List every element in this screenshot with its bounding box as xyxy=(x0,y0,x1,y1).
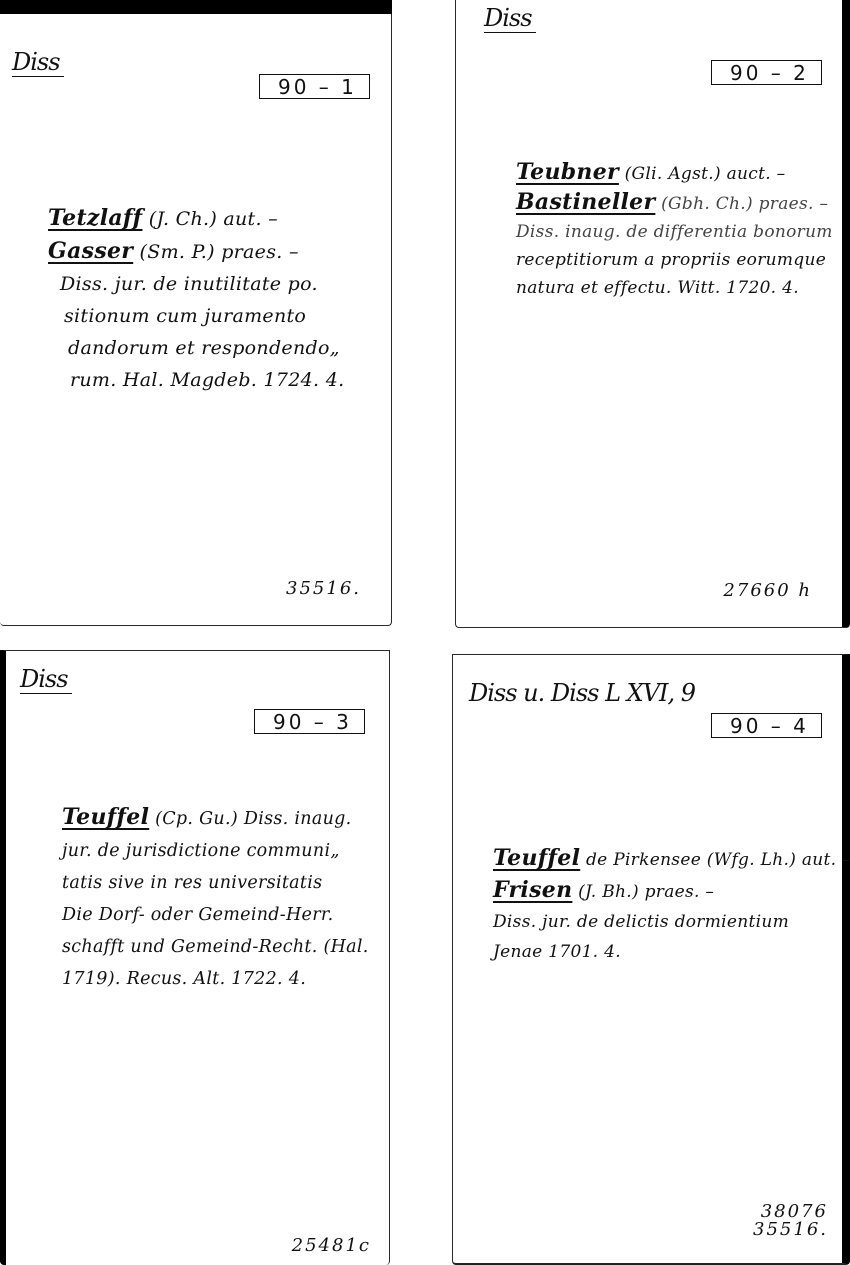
entry-line: Diss. inaug. de differentia bonorum xyxy=(516,218,833,246)
entry-line: tatis sive in res universitatis xyxy=(62,867,369,899)
catalog-entry: Teubner (Gli. Agst.) auct. – Bastineller… xyxy=(516,158,833,302)
entry-line: rum. Hal. Magdeb. 1724. 4. xyxy=(48,364,344,396)
entry-line: Die Dorf- oder Gemeind-Herr. xyxy=(62,899,369,931)
entry-line: Frisen (J. Bh.) praes. – xyxy=(493,875,850,907)
entry-line: schafft und Gemeind-Recht. (Hal. xyxy=(62,931,369,963)
call-number: 90 – 1 xyxy=(259,74,370,99)
catalog-card-90-3: Diss 90 – 3 Teuffel (Cp. Gu.) Diss. inau… xyxy=(0,650,390,1265)
entry-line: Gasser (Sm. P.) praes. – xyxy=(48,235,344,268)
entry-line: jur. de jurisdictione communi„ xyxy=(62,835,369,867)
catalog-card-90-4: Diss u. Diss L XVI, 9 90 – 4 Teuffel de … xyxy=(452,654,850,1265)
entry-line: 1719). Recus. Alt. 1722. 4. xyxy=(62,963,369,995)
entry-line: Diss. jur. de inutilitate po. xyxy=(48,268,344,300)
call-number: 90 – 4 xyxy=(711,713,822,738)
call-number: 90 – 3 xyxy=(254,709,365,734)
dissertation-tag: Diss u. Diss L XVI, 9 xyxy=(469,681,699,707)
entry-line: Tetzlaff (J. Ch.) aut. – xyxy=(48,202,344,235)
accession-number: 35516. xyxy=(286,580,361,598)
entry-line: Diss. jur. de delictis dormientium xyxy=(493,907,850,937)
dissertation-tag: Diss xyxy=(20,667,72,694)
scan-edge-bar xyxy=(0,0,392,14)
entry-line: Jenae 1701. 4. xyxy=(493,937,850,967)
catalog-card-90-1: Diss 90 – 1 Tetzlaff (J. Ch.) aut. – Gas… xyxy=(0,14,392,626)
entry-line: receptitiorum a propriis eorumque xyxy=(516,246,833,274)
catalog-entry: Teuffel de Pirkensee (Wfg. Lh.) aut. – F… xyxy=(493,843,850,967)
entry-line: Teuffel (Cp. Gu.) Diss. inaug. xyxy=(62,801,369,835)
dissertation-tag: Diss xyxy=(12,50,64,77)
dissertation-tag: Diss xyxy=(484,6,536,33)
accession-number: 38076 35516. xyxy=(753,1203,828,1239)
catalog-card-90-2: Diss 90 – 2 Teubner (Gli. Agst.) auct. –… xyxy=(455,0,850,628)
call-number: 90 – 2 xyxy=(711,60,822,85)
entry-line: sitionum cum juramento xyxy=(48,300,344,332)
entry-line: Teuffel de Pirkensee (Wfg. Lh.) aut. – xyxy=(493,843,850,875)
entry-line: Teubner (Gli. Agst.) auct. – xyxy=(516,158,833,188)
entry-line: dandorum et respondendo„ xyxy=(48,332,344,364)
entry-line: Bastineller (Gbh. Ch.) praes. – xyxy=(516,188,833,218)
accession-number: 25481c xyxy=(292,1237,371,1255)
entry-line: natura et effectu. Witt. 1720. 4. xyxy=(516,274,833,302)
catalog-entry: Tetzlaff (J. Ch.) aut. – Gasser (Sm. P.)… xyxy=(48,202,344,396)
accession-number: 27660 h xyxy=(723,582,812,600)
catalog-entry: Teuffel (Cp. Gu.) Diss. inaug. jur. de j… xyxy=(62,801,369,995)
